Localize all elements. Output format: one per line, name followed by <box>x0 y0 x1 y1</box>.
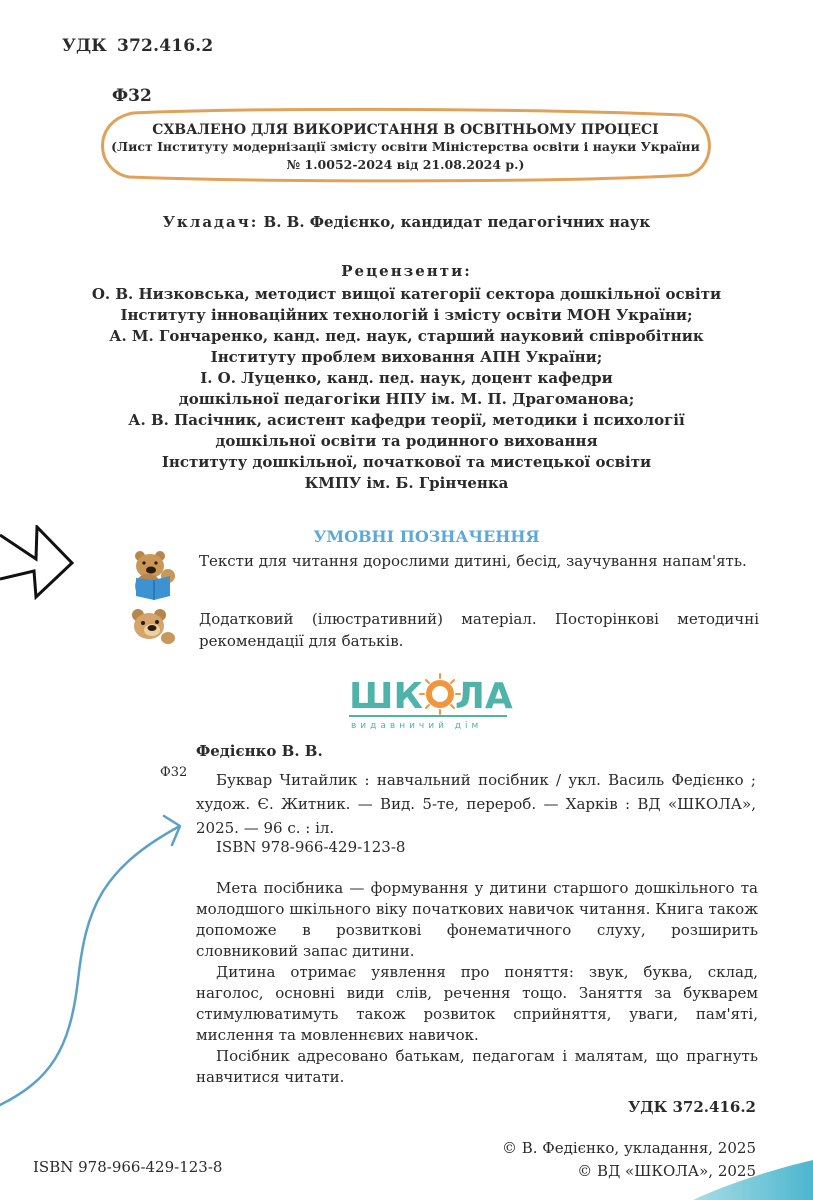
reviewer-line: Інституту проблем виховання АПН України; <box>0 347 813 368</box>
legend-title: УМОВНІ ПОЗНАЧЕННЯ <box>0 527 813 546</box>
bib-description: Буквар Читайлик : навчальний посібник / … <box>196 768 756 840</box>
logo-subtitle: видавничий дім <box>351 721 482 731</box>
legend-text: Тексти для читання дорослими дитині, бес… <box>199 550 759 572</box>
compiler-line: Укладач: В. В. Федієнко, кандидат педаго… <box>0 213 813 231</box>
bear-reading-book-icon <box>130 550 176 602</box>
reviewer-line: А. М. Гончаренко, канд. пед. наук, старш… <box>0 326 813 347</box>
author-sign: Ф32 <box>112 86 152 106</box>
summary-paragraph: Мета посібника — формування у дитини ста… <box>196 878 758 962</box>
udk-header: УДК372.416.2 <box>62 36 213 56</box>
approval-title: СХВАЛЕНО ДЛЯ ВИКОРИСТАННЯ В ОСВІТНЬОМУ П… <box>93 122 718 138</box>
legend-item-additional: Додатковий (ілюстративний) матеріал. Пос… <box>130 608 760 658</box>
bib-author: Федієнко В. В. <box>196 742 323 760</box>
reviewer-line: Інституту дошкільної, початкової та мист… <box>0 452 813 473</box>
reviewer-line: А. В. Пасічник, асистент кафедри теорії,… <box>0 410 813 431</box>
approval-letter: (Лист Інституту модернізації змісту осві… <box>93 138 718 156</box>
udk-label: УДК <box>62 36 107 56</box>
logo-word-right: ЛА <box>455 676 513 717</box>
compiler-value: В. В. Федієнко, кандидат педагогічних на… <box>264 213 651 231</box>
isbn-footer: ISBN 978-966-429-123-8 <box>33 1158 222 1176</box>
reviewer-line: дошкільної педагогіки НПУ ім. М. П. Драг… <box>0 389 813 410</box>
reviewer-line: О. В. Низковська, методист вищої категор… <box>0 284 813 305</box>
approval-number: № 1.0052-2024 від 21.08.2024 р.) <box>93 156 718 174</box>
reviewer-line: дошкільної освіти та родинного виховання <box>0 431 813 452</box>
bear-face-icon <box>130 608 176 648</box>
legend-item-reading: Тексти для читання дорослими дитині, бес… <box>130 550 760 610</box>
bib-isbn: ISBN 978-966-429-123-8 <box>216 838 405 856</box>
reviewers-list: О. В. Низковська, методист вищої категор… <box>0 284 813 494</box>
logo-word-left: ШК <box>349 676 423 717</box>
udk-footer: УДК 372.416.2 <box>628 1098 756 1116</box>
reviewer-line: І. О. Луценко, канд. пед. наук, доцент к… <box>0 368 813 389</box>
legend-text: Додатковий (ілюстративний) матеріал. Пос… <box>199 608 759 652</box>
hand-drawn-curved-arrow-icon <box>0 800 200 1120</box>
decorative-wave <box>693 1140 813 1200</box>
sun-icon <box>420 674 460 714</box>
compiler-label: Укладач: <box>163 213 259 231</box>
reviewer-line: Інституту інноваційних технологій і зміс… <box>0 305 813 326</box>
bib-sign: Ф32 <box>160 765 187 780</box>
udk-code: 372.416.2 <box>117 36 213 56</box>
reviewer-line: КМПУ ім. Б. Грінченка <box>0 473 813 494</box>
summary-paragraph: Посібник адресовано батькам, педагогам і… <box>196 1046 758 1088</box>
book-summary: Мета посібника — формування у дитини ста… <box>196 878 758 1088</box>
summary-paragraph: Дитина отримає уявлення про поняття: зву… <box>196 962 758 1046</box>
shkola-publisher-logo: ШК ЛА видавничий дім <box>347 672 517 734</box>
reviewers-title: Рецензенти: <box>0 262 813 280</box>
approval-stamp: СХВАЛЕНО ДЛЯ ВИКОРИСТАННЯ В ОСВІТНЬОМУ П… <box>93 105 718 183</box>
